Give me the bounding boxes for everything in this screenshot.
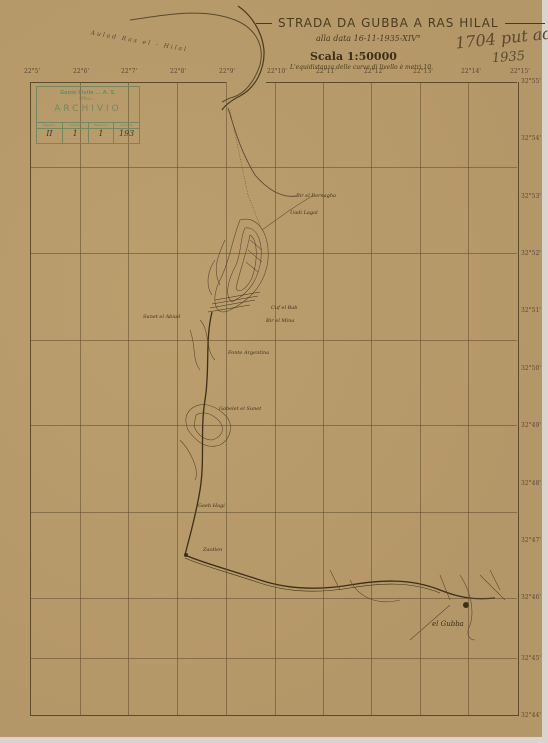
stamp-department: Ufficio ... bbox=[37, 96, 139, 101]
grid-line bbox=[177, 82, 178, 715]
handwritten-year: 1935 bbox=[492, 49, 526, 66]
longitude-label: 22°11' bbox=[316, 68, 336, 75]
place-label: Bir el Mina bbox=[266, 318, 294, 324]
place-label: Gaeb Hagi bbox=[198, 503, 225, 509]
latitude-label: 32°47' bbox=[521, 537, 541, 544]
stamp-field-value: II bbox=[37, 129, 62, 138]
latitude-label: 32°48' bbox=[521, 480, 541, 487]
stamp-fields: Reparto II Cartella 1 Fascicolo 1 Numero… bbox=[37, 122, 139, 143]
longitude-label: 22°9' bbox=[219, 68, 235, 75]
grid-line bbox=[468, 82, 469, 715]
stamp-field: Fascicolo 1 bbox=[89, 123, 115, 143]
grid-line bbox=[30, 253, 517, 254]
grid-line bbox=[30, 340, 517, 341]
latitude-label: 32°46' bbox=[521, 594, 541, 601]
latitude-label: 32°45' bbox=[521, 655, 541, 662]
place-label: Fonte Argentina bbox=[228, 350, 269, 356]
grid-line bbox=[128, 82, 129, 715]
latitude-label: 32°51' bbox=[521, 307, 541, 314]
map-scale: Scala 1:50000 bbox=[310, 50, 397, 63]
longitude-label: 22°10' bbox=[267, 68, 287, 75]
longitude-label: 22°12' bbox=[364, 68, 384, 75]
latitude-label: 32°52' bbox=[521, 250, 541, 257]
contour-interval-note: L'equidistanza delle curve di livello è … bbox=[290, 64, 431, 71]
longitude-label: 22°14' bbox=[461, 68, 481, 75]
longitude-label: 22°6' bbox=[73, 68, 89, 75]
grid-line bbox=[371, 82, 372, 715]
place-label: el Gubba bbox=[432, 620, 464, 628]
stamp-field-value: 193 bbox=[114, 129, 139, 138]
archive-stamp: Genio Civile ... A. S. Ufficio ... ARCHI… bbox=[36, 86, 140, 144]
place-label: Uadi Lagal bbox=[290, 210, 318, 216]
grid-line bbox=[323, 82, 324, 715]
longitude-label: 22°5' bbox=[24, 68, 40, 75]
longitude-label: 22°7' bbox=[121, 68, 137, 75]
latitude-label: 32°44' bbox=[521, 712, 541, 719]
map-sheet: STRADA DA GUBBA A RAS HILAL alla data 16… bbox=[0, 0, 542, 737]
grid-line bbox=[30, 425, 517, 426]
longitude-label: 22°8' bbox=[170, 68, 186, 75]
place-label: Gabelet el Sunet bbox=[219, 406, 261, 412]
latitude-label: 32°49' bbox=[521, 422, 541, 429]
stamp-field-value: 1 bbox=[63, 129, 88, 138]
longitude-label: 22°15' bbox=[510, 68, 530, 75]
place-label: Cuf el Bab bbox=[271, 305, 298, 311]
latitude-label: 32°50' bbox=[521, 365, 541, 372]
stamp-field-value: 1 bbox=[89, 129, 114, 138]
stamp-label: ARCHIVIO bbox=[37, 104, 139, 114]
place-label: Zaotlen bbox=[203, 547, 222, 553]
frame-top-right bbox=[266, 82, 517, 83]
grid-line bbox=[275, 82, 276, 715]
place-label: Sunet el Abiad bbox=[143, 314, 180, 320]
grid-line bbox=[226, 82, 227, 715]
latitude-label: 32°55' bbox=[521, 78, 541, 85]
grid-line bbox=[30, 167, 517, 168]
map-date: alla data 16-11-1935-XIV° bbox=[316, 34, 421, 43]
grid-line bbox=[80, 82, 81, 715]
latitude-label: 32°53' bbox=[521, 193, 541, 200]
grid-line bbox=[30, 598, 517, 599]
stamp-field: Numero 193 bbox=[114, 123, 139, 143]
grid-line bbox=[30, 658, 517, 659]
grid-line bbox=[30, 512, 517, 513]
grid-line bbox=[420, 82, 421, 715]
stamp-field: Reparto II bbox=[37, 123, 63, 143]
stamp-field: Cartella 1 bbox=[63, 123, 89, 143]
place-label: Bir el Bernagha bbox=[296, 193, 336, 199]
latitude-label: 32°54' bbox=[521, 135, 541, 142]
longitude-label: 22°13' bbox=[413, 68, 433, 75]
